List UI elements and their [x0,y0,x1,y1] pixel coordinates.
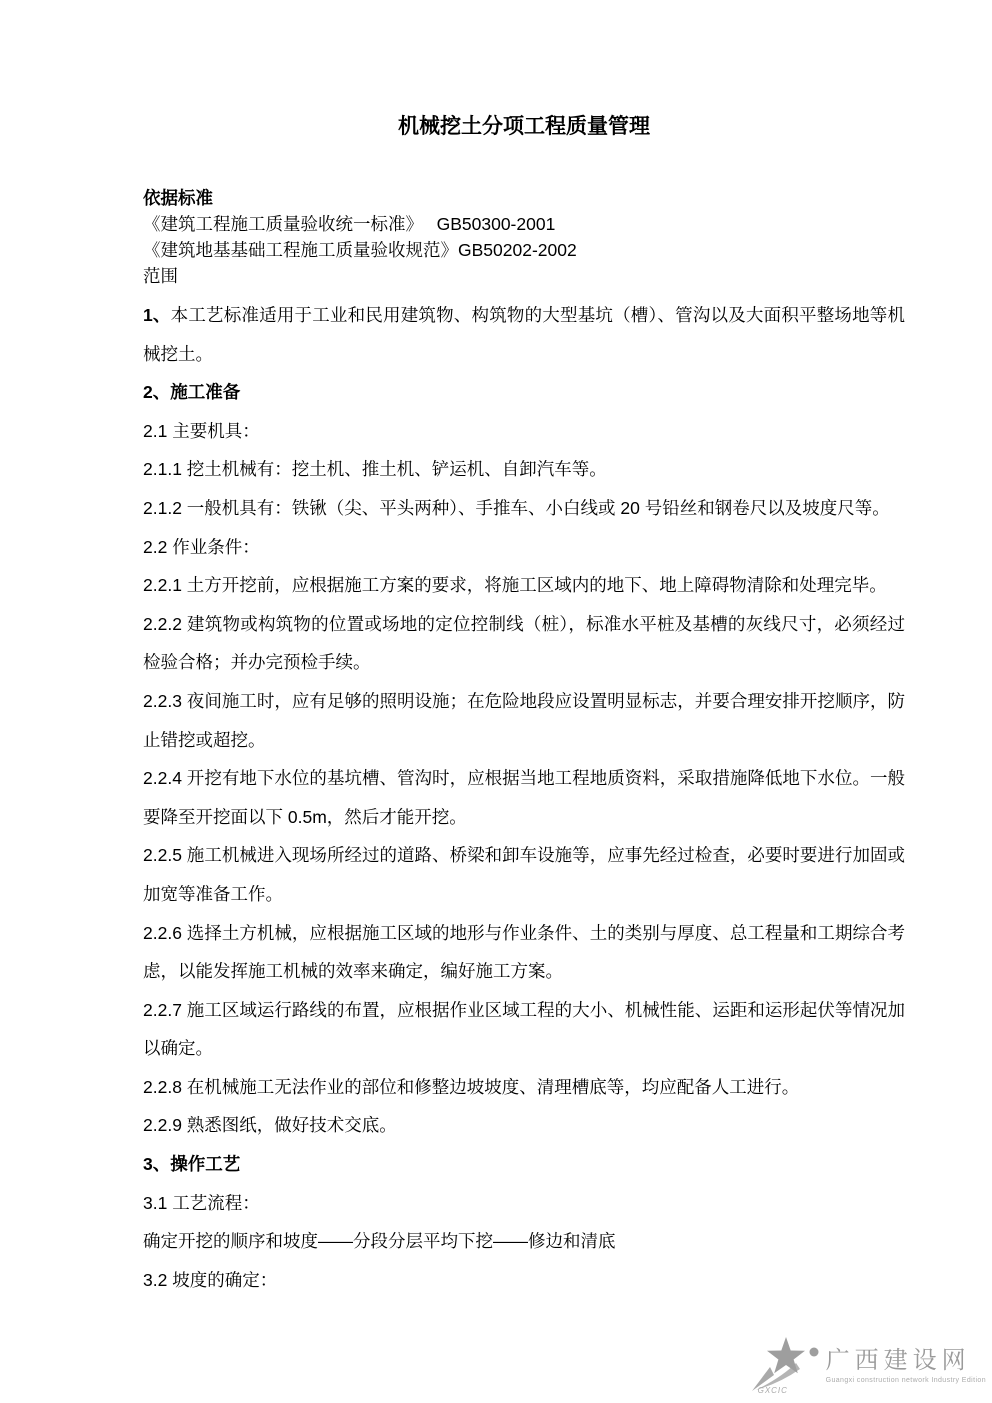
text-run: 2.2.6 选择土方机械，应根据施工区域的地形与作业条件、土的类别与厚度、总工程… [143,923,905,982]
body-paragraph: 2.1 主要机具： [143,412,905,451]
body-paragraph: 2.1.2 一般机具有：铁锹（尖、平头两种）、手推车、小白线或 20 号铅丝和钢… [143,489,905,528]
body-paragraph: 2.2.3 夜间施工时，应有足够的照明设施；在危险地段应设置明显标志，并要合理安… [143,682,905,759]
standards-block: 依据标准《建筑工程施工质量验收统一标准》 GB50300-2001《建筑地基基础… [143,185,905,289]
body-paragraph: 2.1.1 挖土机械有：挖土机、推土机、铲运机、自卸汽车等。 [143,450,905,489]
text-run: 2.2.4 开挖有地下水位的基坑槽、管沟时，应根据当地工程地质资料，采取措施降低… [143,768,905,827]
body-paragraph: 2.2 作业条件： [143,528,905,567]
text-run: 2.2 作业条件： [143,537,260,557]
text-run: 2.2.1 土方开挖前，应根据施工方案的要求，将施工区域内的地下、地上障碍物清除… [143,575,887,595]
body-paragraph: 2.2.7 施工区域运行路线的布置，应根据作业区域工程的大小、机械性能、运距和运… [143,991,905,1068]
text-run: 2.1.2 一般机具有：铁锹（尖、平头两种）、手推车、小白线或 20 号铅丝和钢… [143,498,890,518]
body-paragraph: 2.2.1 土方开挖前，应根据施工方案的要求，将施工区域内的地下、地上障碍物清除… [143,566,905,605]
text-run: 2.2.3 夜间施工时，应有足够的照明设施；在危险地段应设置明显标志，并要合理安… [143,691,905,750]
body-paragraph: 1、本工艺标准适用于工业和民用建筑物、构筑物的大型基坑（槽）、管沟以及大面积平整… [143,296,905,373]
text-run: 2.2.5 施工机械进入现场所经过的道路、桥梁和卸车设施等，应事先经过检查，必要… [143,845,905,904]
body-paragraph: 2、施工准备 [143,373,905,412]
text-run: 3、操作工艺 [143,1154,240,1174]
intro-line: 《建筑地基基础工程施工质量验收规范》GB50202-2002 [143,237,905,263]
body-paragraph: 3、操作工艺 [143,1145,905,1184]
document-page: 机械挖土分项工程质量管理 依据标准《建筑工程施工质量验收统一标准》 GB5030… [0,0,992,1299]
text-run: 确定开挖的顺序和坡度——分段分层平均下挖——修边和清底 [143,1231,616,1251]
body-paragraph: 2.2.5 施工机械进入现场所经过的道路、桥梁和卸车设施等，应事先经过检查，必要… [143,836,905,913]
text-run: 2.1 主要机具： [143,421,260,441]
body-paragraph: 2.2.2 建筑物或构筑物的位置或场地的定位控制线（桩），标准水平桩及基槽的灰线… [143,605,905,682]
body-paragraph: 2.2.6 选择土方机械，应根据施工区域的地形与作业条件、土的类别与厚度、总工程… [143,914,905,991]
text-run: 3.1 工艺流程： [143,1193,260,1213]
text-run: 3.2 坡度的确定： [143,1270,277,1290]
intro-line: 《建筑工程施工质量验收统一标准》 GB50300-2001 [143,211,905,237]
body-paragraph: 2.2.8 在机械施工无法作业的部位和修整边坡坡度、清理槽底等，均应配备人工进行… [143,1068,905,1107]
text-run: 2.2.9 熟悉图纸，做好技术交底。 [143,1115,397,1135]
text-run: 2.1.1 挖土机械有：挖土机、推土机、铲运机、自卸汽车等。 [143,459,607,479]
text-run: 本工艺标准适用于工业和民用建筑物、构筑物的大型基坑（槽）、管沟以及大面积平整场地… [143,305,905,364]
document-body: 1、本工艺标准适用于工业和民用建筑物、构筑物的大型基坑（槽）、管沟以及大面积平整… [143,296,905,1299]
text-run: 2、施工准备 [143,382,240,402]
watermark-subtitle-en: Guangxi construction network Industry Ed… [826,1377,986,1384]
document-title: 机械挖土分项工程质量管理 [143,114,905,140]
body-paragraph: 3.2 坡度的确定： [143,1261,905,1300]
watermark-text: 广西建设网 Guangxi construction network Indus… [826,1348,986,1384]
body-paragraph: 3.1 工艺流程： [143,1184,905,1223]
text-run: 1、 [143,305,171,325]
watermark-title-cn: 广西建设网 [826,1348,986,1374]
watermark-logo: GXCIC 广西建设网 Guangxi construction network… [750,1335,986,1397]
watermark-script-label: GXCIC [758,1386,788,1395]
text-run: 2.2.2 建筑物或构筑物的位置或场地的定位控制线（桩），标准水平桩及基槽的灰线… [143,614,905,673]
text-run: 2.2.7 施工区域运行路线的布置，应根据作业区域工程的大小、机械性能、运距和运… [143,1000,905,1059]
star-icon: GXCIC [750,1335,822,1397]
intro-line: 依据标准 [143,185,905,211]
text-run: 2.2.8 在机械施工无法作业的部位和修整边坡坡度、清理槽底等，均应配备人工进行… [143,1077,799,1097]
intro-line: 范围 [143,263,905,289]
body-paragraph: 2.2.4 开挖有地下水位的基坑槽、管沟时，应根据当地工程地质资料，采取措施降低… [143,759,905,836]
body-paragraph: 确定开挖的顺序和坡度——分段分层平均下挖——修边和清底 [143,1222,905,1261]
body-paragraph: 2.2.9 熟悉图纸，做好技术交底。 [143,1106,905,1145]
